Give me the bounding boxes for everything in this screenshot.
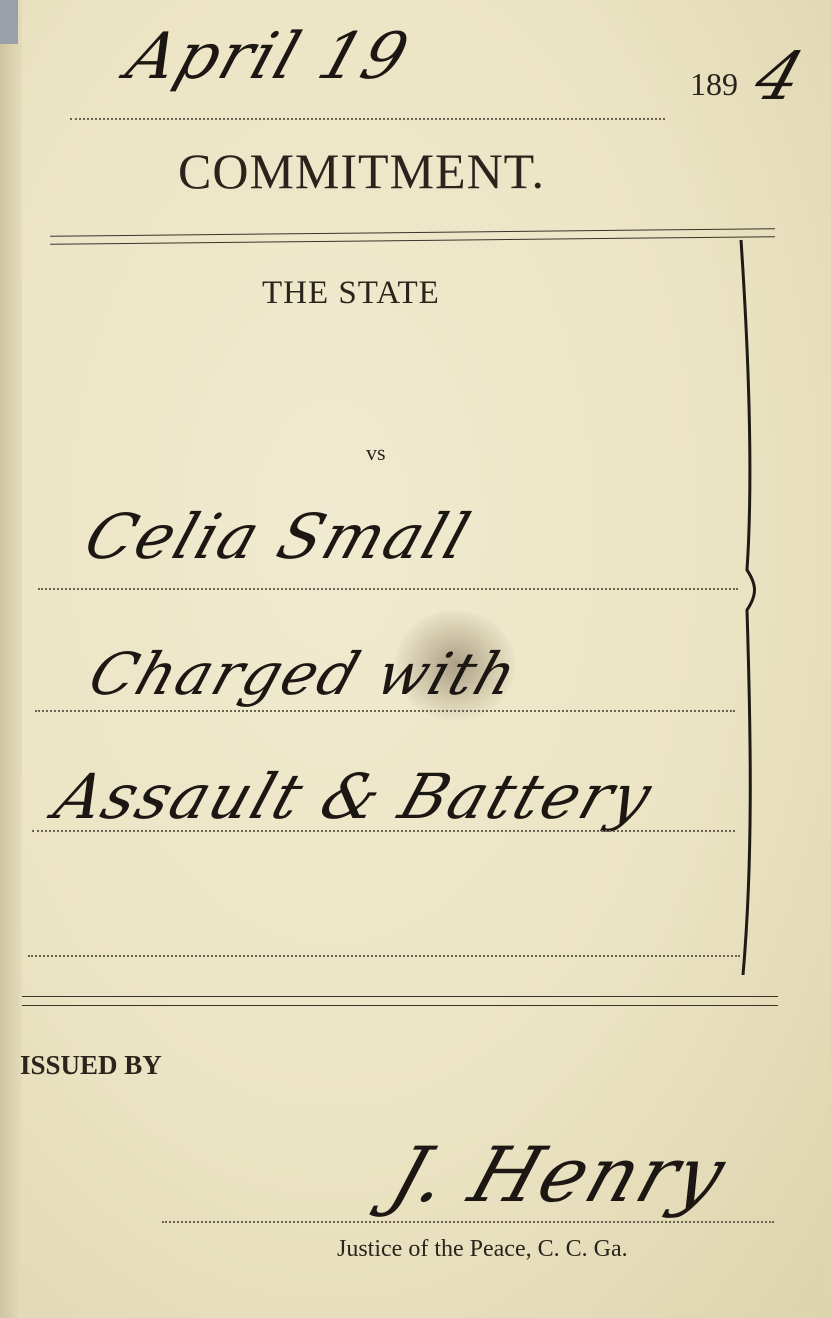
document-title: COMMITMENT. xyxy=(178,142,545,200)
signature-dotted-line xyxy=(162,1221,774,1223)
plaintiff-label: THE STATE xyxy=(262,275,440,312)
blank-dotted-line xyxy=(28,955,740,957)
bottom-rule xyxy=(22,996,778,997)
bracket-line xyxy=(735,240,775,975)
year-prefix: 189 xyxy=(690,66,738,103)
charge-dotted-line-1 xyxy=(35,710,735,712)
bottom-rule-2 xyxy=(22,1005,778,1006)
charge-dotted-line-2 xyxy=(32,830,735,832)
issued-by-label: ISSUED BY xyxy=(20,1050,162,1081)
signature-handwritten: J. Henry xyxy=(381,1130,738,1219)
defendant-dotted-line xyxy=(38,588,738,590)
date-dotted-line xyxy=(70,118,665,120)
charge-line-2-handwritten: Assault & Battery xyxy=(46,760,662,833)
page-edge xyxy=(0,0,22,1318)
versus-label: vs xyxy=(366,440,386,466)
background-corner xyxy=(0,0,18,44)
signature-title: Justice of the Peace, C. C. Ga. xyxy=(337,1236,628,1263)
defendant-handwritten: Celia Small xyxy=(76,500,480,573)
date-handwritten: April 19 xyxy=(118,20,419,94)
charge-line-1-handwritten: Charged with xyxy=(81,640,527,708)
